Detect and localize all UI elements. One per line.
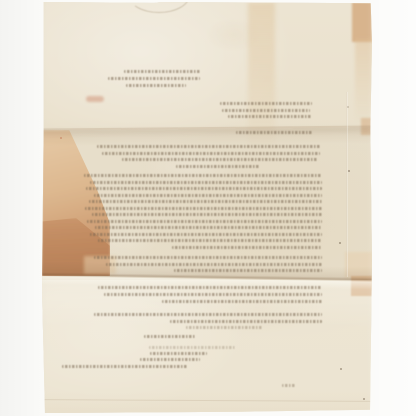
footnote-mark <box>282 384 296 391</box>
recipient-address-block-line <box>220 102 312 105</box>
closing-line-line <box>144 335 196 338</box>
stain-left-wedge <box>42 130 110 276</box>
mirrored-bleed-through-text-layer <box>42 2 372 413</box>
paragraph-2-line <box>84 174 322 177</box>
paragraph-4-line <box>162 300 322 303</box>
paragraph-5 <box>94 313 322 327</box>
paragraph-2-line <box>92 213 322 216</box>
stain-right-edge <box>361 118 372 135</box>
paragraph-1 <box>97 145 320 171</box>
top-edge-arc-impression <box>128 0 190 13</box>
paragraph-2-line <box>172 246 322 249</box>
paragraph-4-line <box>104 293 322 296</box>
sender-date-block <box>108 70 200 92</box>
paragraph-2-line <box>95 226 322 229</box>
signature-block-line <box>149 346 235 349</box>
recipient-address-block-line <box>222 109 310 112</box>
paragraph-2-line <box>98 239 322 242</box>
paragraph-2-line <box>90 181 322 184</box>
salutation-line-line <box>236 131 312 134</box>
dark-speck <box>347 106 349 108</box>
paragraph-3-line <box>106 263 322 266</box>
fold-crease-bottom-highlight <box>42 276 372 289</box>
sender-date-block-line <box>124 70 200 73</box>
paragraph-5-line <box>94 313 322 316</box>
paragraph-2-line <box>87 220 322 223</box>
dark-speck <box>340 368 342 370</box>
bottom-panel-shading <box>42 280 372 415</box>
recipient-address-block <box>220 102 312 122</box>
paragraph-1-line <box>97 145 320 148</box>
fold-crease-top <box>42 126 372 131</box>
paragraph-2-line <box>94 194 322 197</box>
dark-speck <box>363 398 365 400</box>
paragraph-4 <box>98 286 322 307</box>
stain-fold-left-patch <box>84 256 116 274</box>
paragraph-1-line <box>102 152 320 155</box>
paragraph-1-line <box>122 158 318 161</box>
stain-top-right <box>352 2 372 42</box>
sender-date-block-line <box>108 77 200 80</box>
signature-block <box>62 346 235 371</box>
paragraph-3 <box>94 256 322 276</box>
footnote-mark-line <box>282 384 296 387</box>
stain-fold-right-square <box>351 276 372 296</box>
fold-crease-top-shadow <box>42 128 372 147</box>
signature-block-line <box>62 365 188 368</box>
red-speck <box>60 137 62 139</box>
stain-top-right-tail <box>355 38 372 124</box>
photo-canvas <box>0 0 416 416</box>
letter-paper <box>42 2 372 413</box>
dark-speck <box>348 170 350 172</box>
recipient-address-block-line <box>228 115 312 118</box>
red-ink-smudge <box>86 96 104 102</box>
fold-crease-bottom-shadow <box>42 261 372 278</box>
paragraph-5-line <box>170 320 322 323</box>
stain-left-wedge-dark <box>42 218 110 276</box>
paragraph-1-line <box>176 165 260 168</box>
paragraph-2-line <box>89 200 322 203</box>
paragraph-3-line <box>94 256 322 259</box>
fold-crease-bottom <box>42 273 372 280</box>
paragraph-2-line <box>86 187 322 190</box>
paragraph-2 <box>84 174 322 253</box>
paragraph-3-line <box>174 269 322 272</box>
sender-date-block-line <box>126 84 186 87</box>
paragraph-2-line <box>90 233 322 236</box>
vertical-crease <box>346 92 348 277</box>
salutation-line <box>236 131 312 138</box>
stain-fold-right-band <box>345 252 372 278</box>
dark-speck <box>339 242 341 244</box>
faint-crease-near-bottom <box>42 399 372 402</box>
paragraph-5-fragment <box>186 326 262 333</box>
paragraph-4-line <box>98 286 322 289</box>
signature-block-line <box>140 358 200 361</box>
paragraph-2-line <box>85 207 322 210</box>
signature-block-line <box>150 352 207 355</box>
vertical-stain-band <box>248 2 275 152</box>
paragraph-5-fragment-line <box>186 326 262 329</box>
closing-line <box>144 335 196 342</box>
